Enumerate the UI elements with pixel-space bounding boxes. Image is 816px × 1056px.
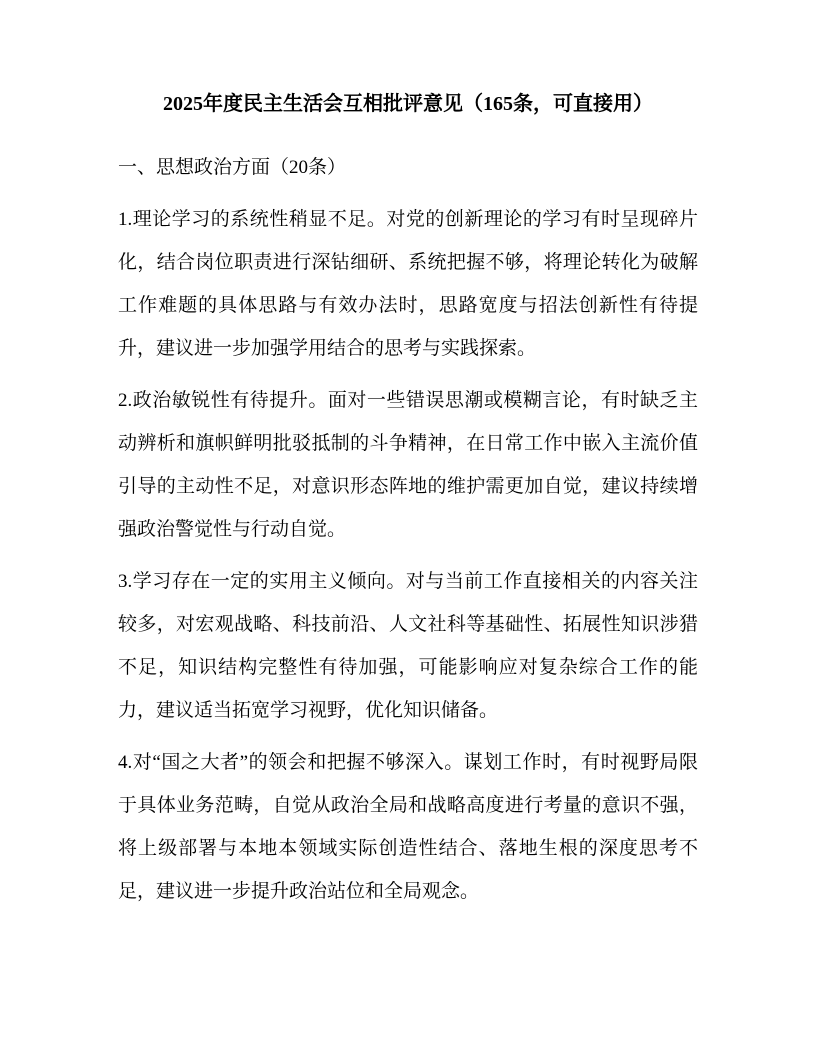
paragraph-4: 4.对“国之大者”的领会和把握不够深入。谋划工作时，有时视野局限于具体业务范畴，…: [118, 741, 698, 913]
section-heading: 一、思想政治方面（20条）: [118, 146, 698, 189]
document-title: 2025年度民主生活会互相批评意见（165条，可直接用）: [118, 88, 698, 120]
paragraph-1: 1.理论学习的系统性稍显不足。对党的创新理论的学习有时呈现碎片化，结合岗位职责进…: [118, 198, 698, 370]
document-page: 2025年度民主生活会互相批评意见（165条，可直接用） 一、思想政治方面（20…: [0, 0, 816, 1056]
paragraph-2: 2.政治敏锐性有待提升。面对一些错误思潮或模糊言论，有时缺乏主动辨析和旗帜鲜明批…: [118, 379, 698, 551]
paragraph-3: 3.学习存在一定的实用主义倾向。对与当前工作直接相关的内容关注较多，对宏观战略、…: [118, 560, 698, 732]
